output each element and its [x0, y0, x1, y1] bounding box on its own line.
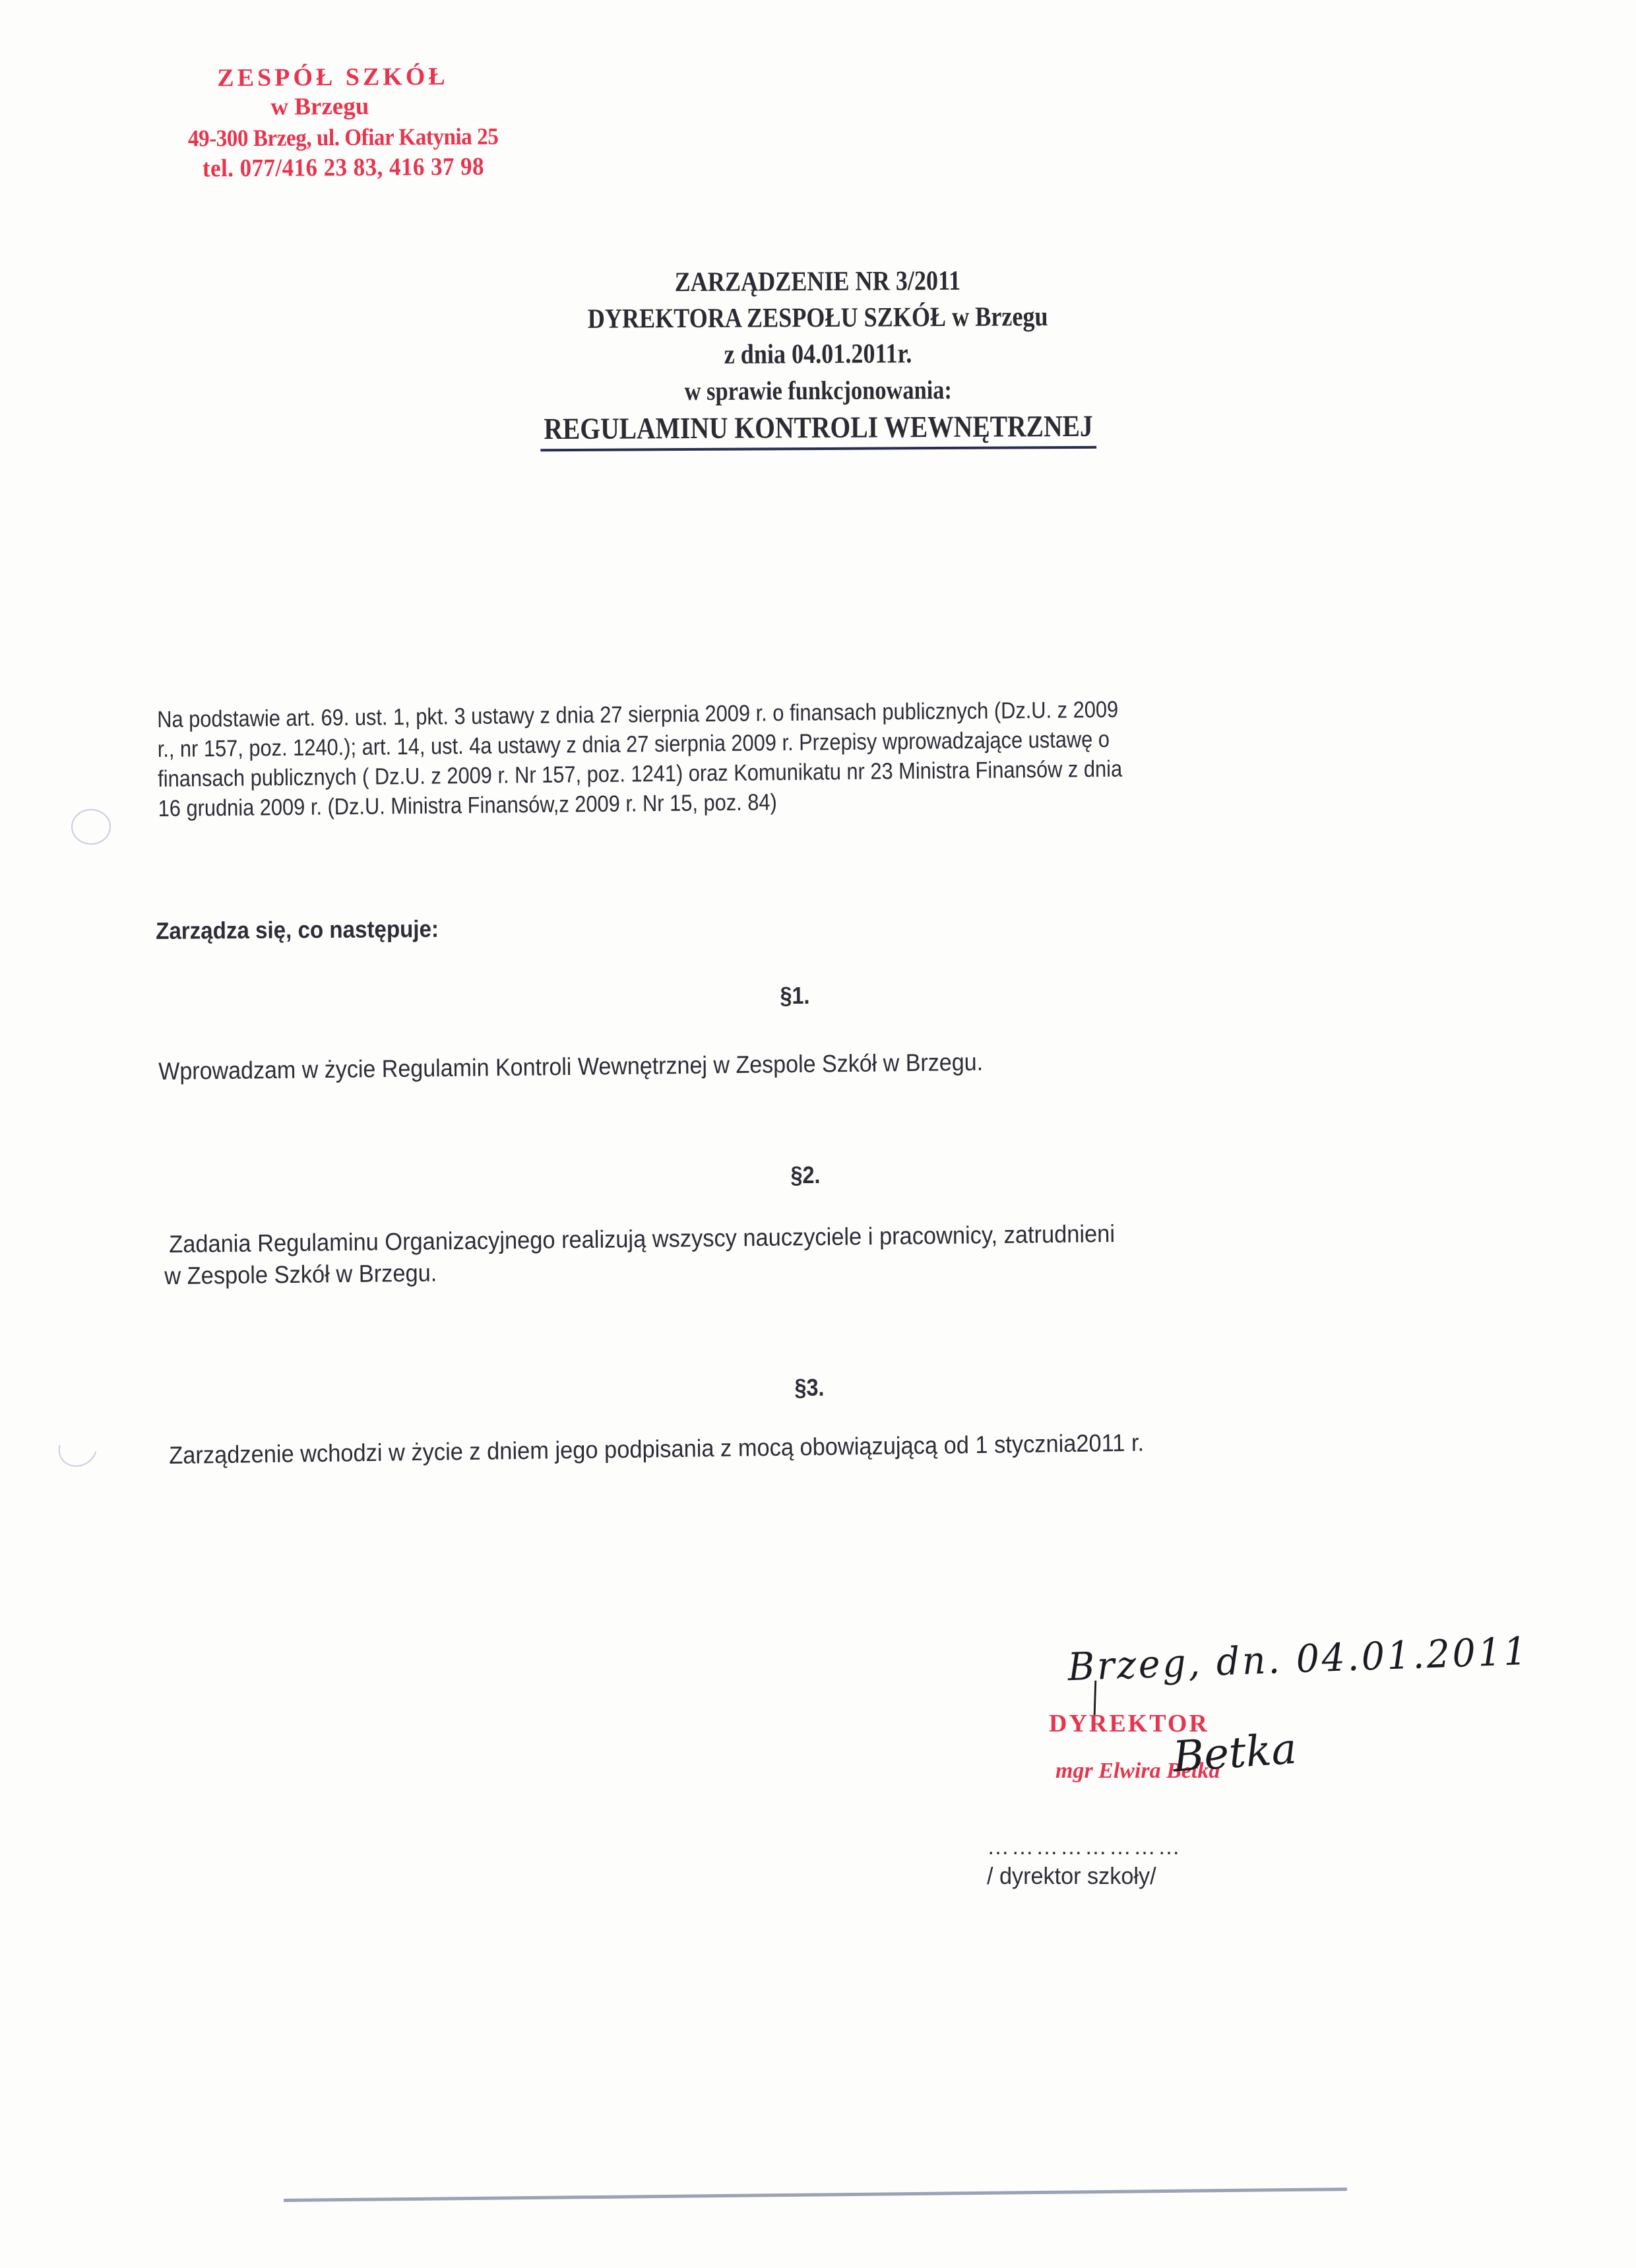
handwritten-place-date: Brzeg, dn. 04.01.2011 — [1067, 1629, 1530, 1689]
signature-caption: / dyrektor szkoły/ — [987, 1862, 1156, 1890]
signature-dotted-line: …………………… — [987, 1834, 1182, 1860]
paragraph-2-text: Zadania Regulaminu Organizacyjnego reali… — [169, 1218, 1116, 1292]
ordinance-number: ZARZĄDZENIE NR 3/2011 — [477, 262, 1158, 301]
paragraph-1-mark: §1. — [780, 982, 810, 1010]
ordinance-issuer: DYREKTORA ZESPOŁU SZKÓŁ w Brzegu — [478, 298, 1158, 338]
document-heading: ZARZĄDZENIE NR 3/2011 DYREKTORA ZESPOŁU … — [422, 262, 1214, 452]
footer-rule — [284, 2187, 1347, 2202]
legal-basis: Na podstawie art. 69. ust. 1, pkt. 3 ust… — [157, 691, 1478, 824]
handwritten-date-text: Brzeg, dn. 04.01.2011 — [1067, 1629, 1530, 1689]
paragraph-3-text: Zarządzenie wchodzi w życie z dniem jego… — [169, 1427, 1144, 1472]
ordinance-matter-label: w sprawie funkcjonowania: — [478, 370, 1158, 410]
school-stamp: ZESPÓŁ SZKÓŁ w Brzegu 49-300 Brzeg, ul. … — [131, 61, 554, 184]
document-page: ZESPÓŁ SZKÓŁ w Brzegu 49-300 Brzeg, ul. … — [0, 0, 1636, 2268]
orders-intro: Zarządza się, co następuje: — [156, 915, 439, 945]
ordinance-subject: REGULAMINU KONTROLI WEWNĘTRZNEJ — [540, 408, 1096, 451]
stamp-school-address: 49-300 Brzeg, ul. Ofiar Katynia 25 — [149, 121, 538, 154]
punch-hole-mark — [71, 809, 111, 845]
punch-hole-mark — [52, 1423, 104, 1474]
stamp-school-city: w Brzegu — [86, 90, 554, 124]
stamp-school-phone: tel. 077/416 23 83, 416 37 98 — [149, 151, 538, 184]
handwritten-signature: Betka — [1172, 1725, 1298, 1782]
paragraph-2-mark: §2. — [791, 1161, 821, 1189]
ordinance-date: z dnia 04.01.2011r. — [478, 335, 1158, 373]
paragraph-3-mark: §3. — [795, 1374, 825, 1402]
paragraph-1-text: Wprowadzam w życie Regulamin Kontroli We… — [158, 1047, 983, 1087]
stamp-school-name: ZESPÓŁ SZKÓŁ — [111, 61, 553, 94]
